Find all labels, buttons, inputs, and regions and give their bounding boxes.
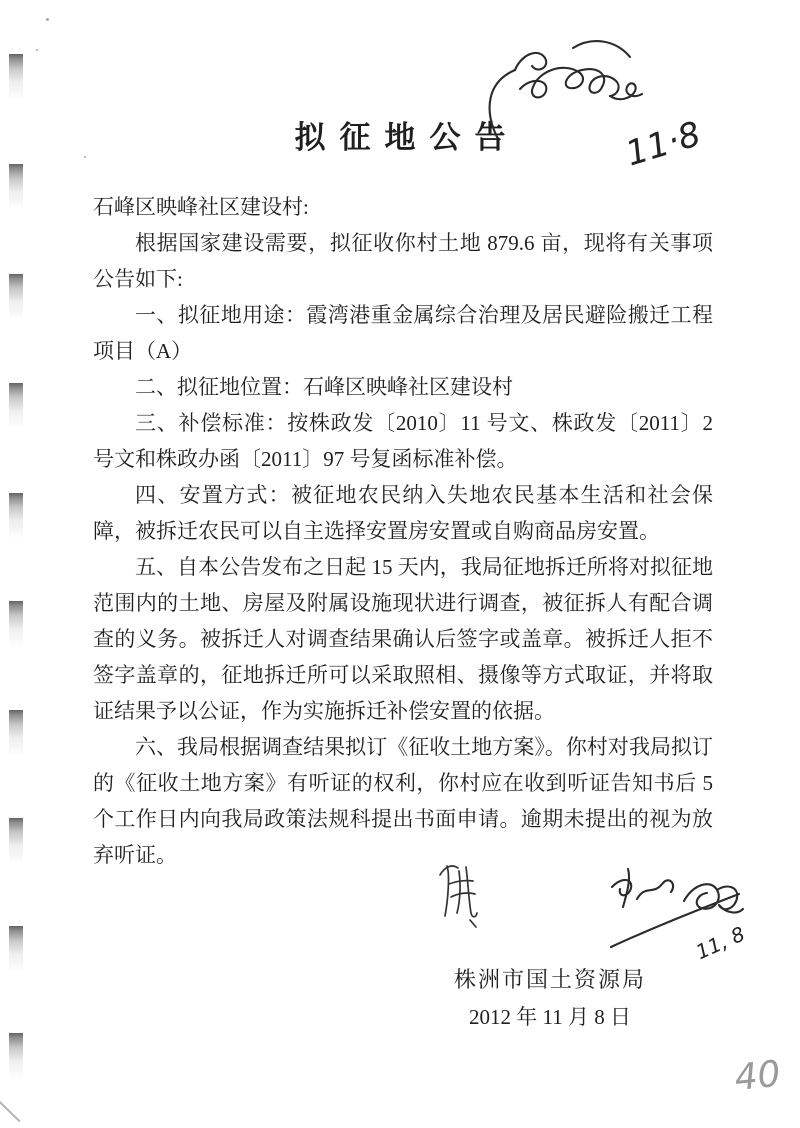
scan-corner-artifact (0, 1100, 20, 1122)
issue-date: 2012 年 11 月 8 日 (400, 1001, 700, 1031)
bottom-date-annotation: 11, 8 (692, 922, 748, 965)
notice-item: 二、拟征地位置：石峰区映峰社区建设村 (93, 369, 713, 405)
document-title: 拟征地公告 (0, 119, 800, 156)
scanned-notice-page: 拟征地公告 石峰区映峰社区建设村: 根据国家建设需要，拟征收你村土地 879.6… (0, 0, 800, 1128)
scan-binding-mark (9, 710, 23, 756)
notice-item: 五、自本公告发布之日起 15 天内，我局征地拆迁所将对拟征地范围内的土地、房屋及… (93, 549, 713, 729)
scan-binding-mark (9, 383, 23, 429)
notice-item: 四、安置方式：被征地农民纳入失地农民基本生活和社会保障，被拆迁农民可以自主选择安… (93, 477, 713, 549)
scan-binding-mark (9, 54, 23, 100)
scan-binding-mark (9, 818, 23, 864)
page-number-annotation: 40 (733, 1053, 783, 1099)
scan-binding-mark (9, 601, 23, 647)
scan-binding-mark (9, 926, 23, 972)
salutation: 石峰区映峰社区建设村: (93, 189, 713, 225)
scan-binding-mark (9, 164, 23, 210)
issuing-agency: 株洲市国土资源局 (400, 963, 700, 994)
approval-signature-scribble (611, 869, 743, 947)
notice-item: 一、拟征地用途：霞湾港重金属综合治理及居民避险搬迁工程项目（A） (93, 297, 713, 369)
intro-paragraph: 根据国家建设需要，拟征收你村土地 879.6 亩，现将有关事项公告如下: (93, 225, 713, 297)
scan-speck (36, 49, 38, 51)
scan-binding-mark (9, 1033, 23, 1079)
notice-item: 六、我局根据调查结果拟订《征收土地方案》。你村对我局拟订的《征收土地方案》有听证… (93, 729, 713, 873)
notice-items: 一、拟征地用途：霞湾港重金属综合治理及居民避险搬迁工程项目（A）二、拟征地位置：… (93, 297, 713, 873)
document-body: 石峰区映峰社区建设村: 根据国家建设需要，拟征收你村土地 879.6 亩，现将有… (93, 189, 713, 873)
scan-binding-mark (9, 274, 23, 320)
scan-binding-mark (9, 493, 23, 539)
notice-item: 三、补偿标准：按株政发〔2010〕11 号文、株政发〔2011〕2 号文和株政办… (93, 405, 713, 477)
name-signature-scribble (440, 866, 477, 927)
scan-speck (46, 18, 49, 21)
scan-speck (84, 156, 86, 158)
